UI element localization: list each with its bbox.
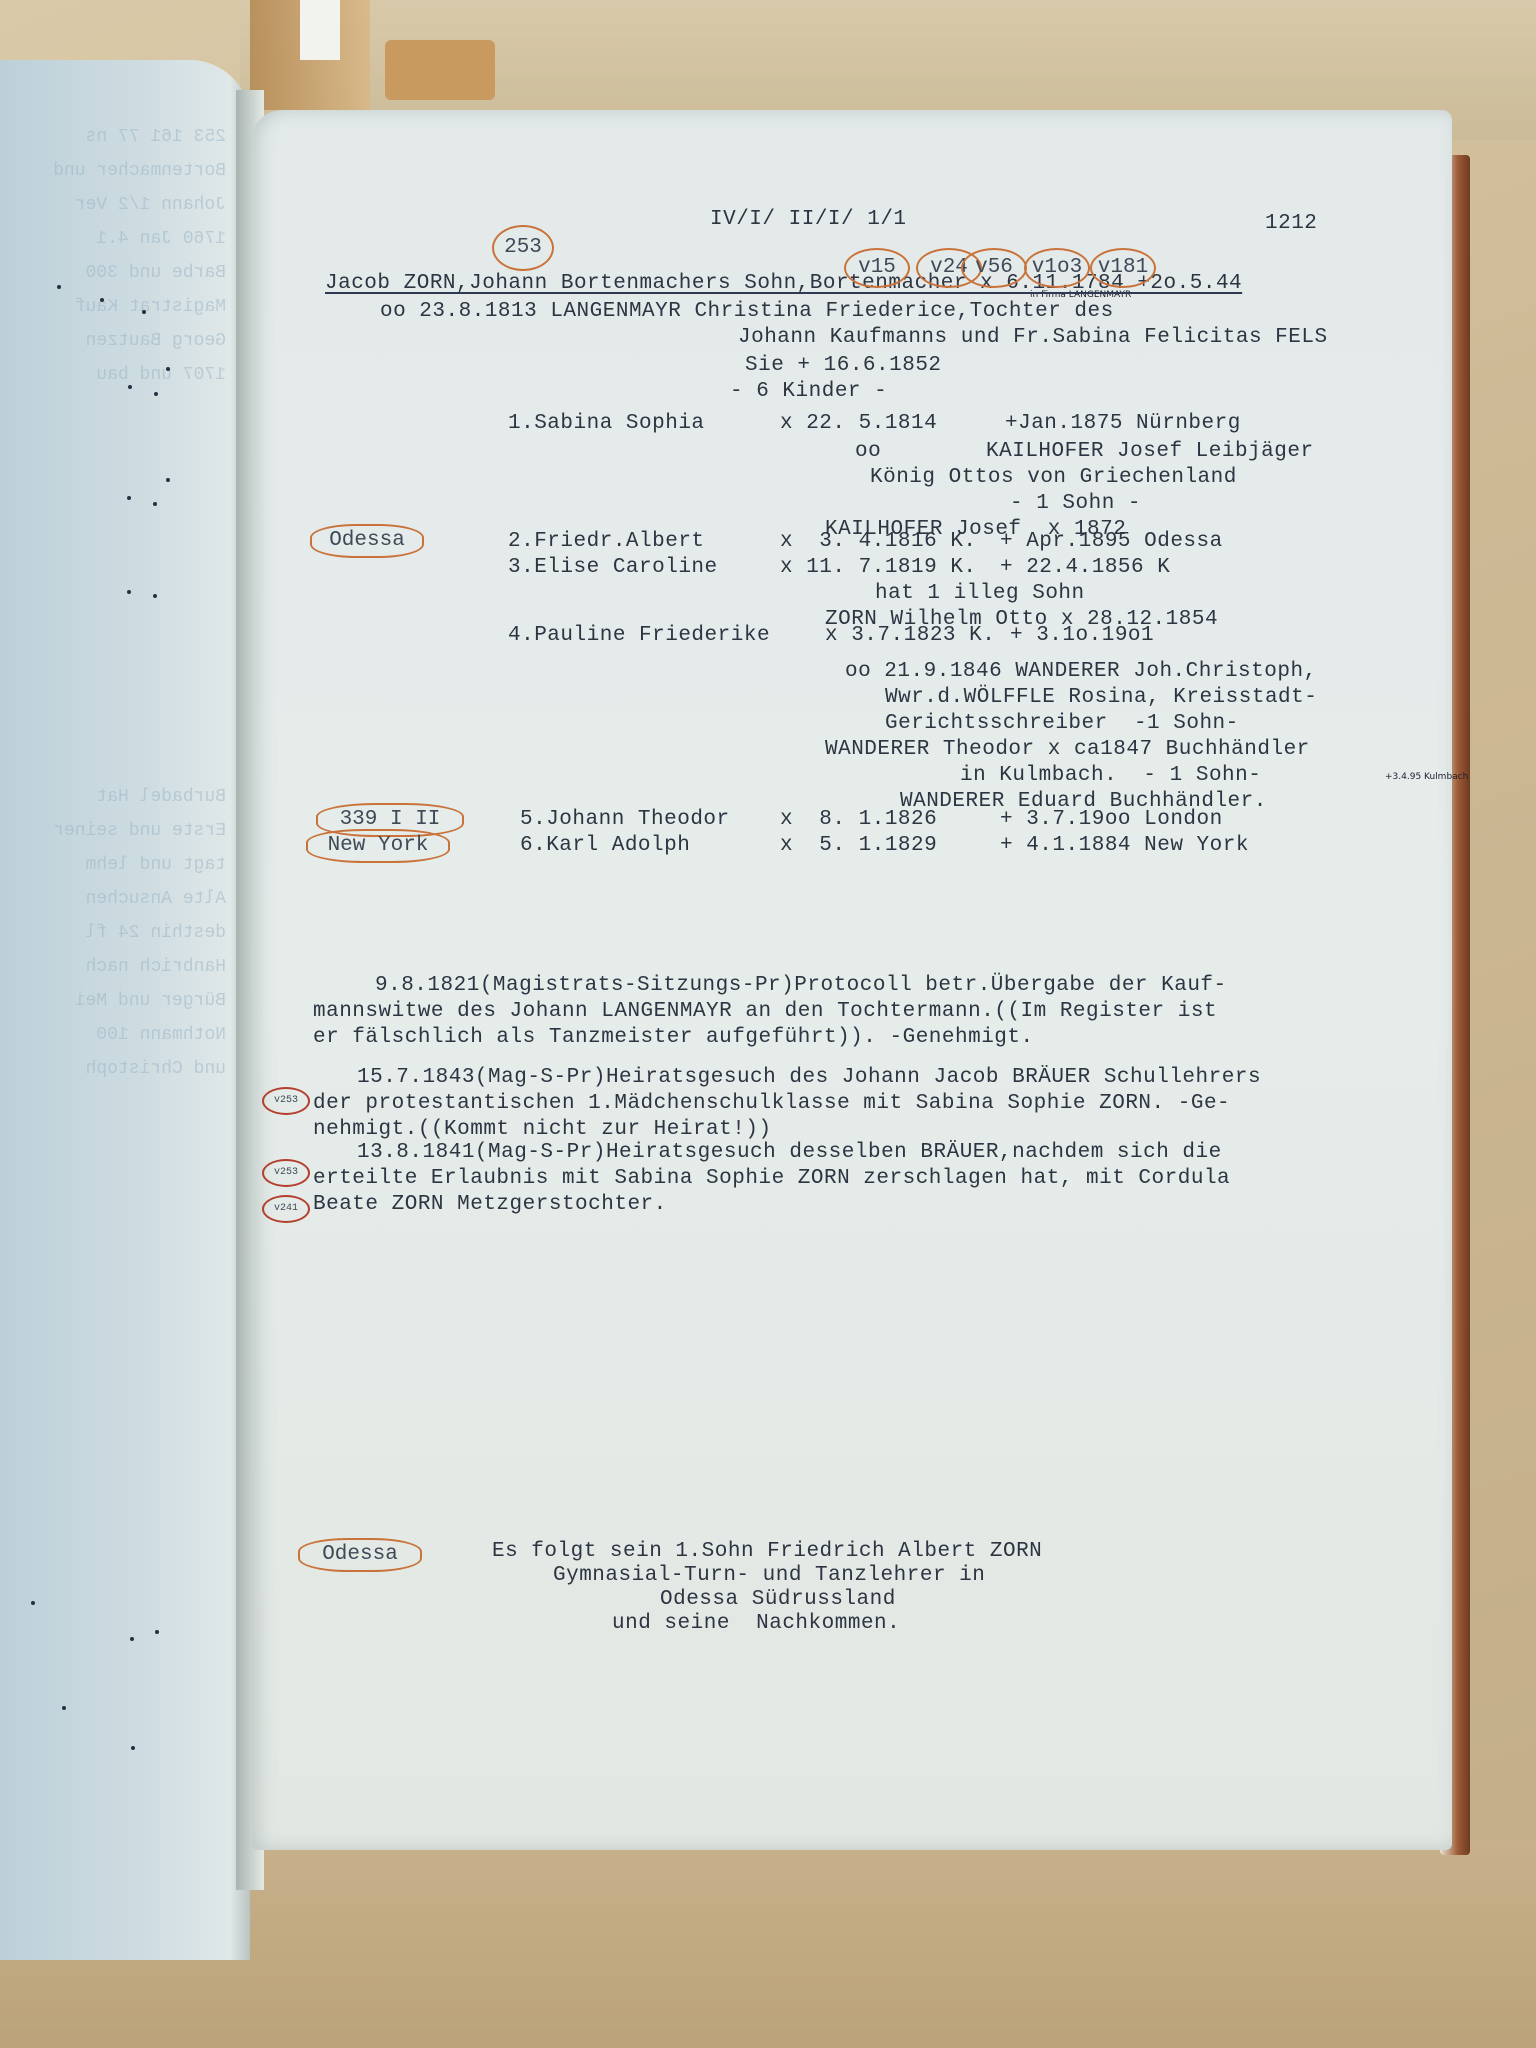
child-name: 3.Elise Caroline (508, 556, 718, 579)
child-death: + 22.4.1856 K (1000, 556, 1170, 579)
show-through-text: 253 161 77 ns Bortenmacher und Johann 1/… (6, 120, 226, 392)
entry-number-circled: 253 (492, 225, 554, 271)
footer-line: Es folgt sein 1.Sohn Friedrich Albert ZO… (492, 1540, 1042, 1563)
child-detail: - 1 Sohn - (1010, 492, 1141, 515)
child-death: + 4.1.1884 New York (1000, 834, 1249, 857)
footer-line: Odessa Südrussland (660, 1588, 896, 1611)
main-entry-line-4: Sie + 16.6.1852 (745, 354, 942, 377)
record-line: er fälschlich als Tanzmeister aufgeführt… (313, 1026, 1034, 1049)
margin-note-v253-b: v253 (262, 1159, 310, 1187)
record-line: 15.7.1843(Mag-S-Pr)Heiratsgesuch des Joh… (357, 1066, 1261, 1089)
main-entry-line-3: Johann Kaufmanns und Fr.Sabina Felicitas… (738, 326, 1328, 349)
child-detail: oo 21.9.1846 WANDERER Joh.Christoph, (845, 660, 1317, 683)
margin-note-v253-a: v253 (262, 1087, 310, 1115)
show-through-text-2: Burbadel Hat Erste und seiner tagt und l… (6, 780, 226, 1086)
child-detail: König Ottos von Griechenland (870, 466, 1237, 489)
record-line: Beate ZORN Metzgerstochter. (313, 1193, 667, 1216)
record-line: mannswitwe des Johann LANGENMAYR an den … (313, 1000, 1217, 1023)
child-detail: oo KAILHOFER Josef Leibjäger (855, 440, 1314, 463)
child-name: 1.Sabina Sophia (508, 412, 705, 435)
record-line: 9.8.1821(Magistrats-Sitzungs-Pr)Protocol… (375, 974, 1227, 997)
record-line: 13.8.1841(Mag-S-Pr)Heiratsgesuch desselb… (357, 1141, 1222, 1164)
child-name: 5.Johann Theodor (520, 808, 730, 831)
child-birth: x 3.7.1823 K. (825, 624, 995, 647)
child-death: + Apr.1895 Odessa (1000, 530, 1223, 553)
child-detail: hat 1 illeg Sohn (875, 582, 1085, 605)
child-name: 4.Pauline Friederike (508, 624, 770, 647)
margin-note-odessa: Odessa (310, 524, 424, 558)
child-birth: x 8. 1.1826 (780, 808, 937, 831)
child-birth: x 22. 5.1814 (780, 412, 937, 435)
footer-line: Gymnasial-Turn- und Tanzlehrer in (553, 1564, 985, 1587)
footer-margin-note-odessa: Odessa (298, 1538, 422, 1572)
record-line: erteilte Erlaubnis mit Sabina Sophie ZOR… (313, 1167, 1230, 1190)
main-entry-line-2: oo 23.8.1813 LANGENMAYR Christina Friede… (380, 300, 1114, 323)
child-detail: Wwr.d.WÖLFFLE Rosina, Kreisstadt- (885, 686, 1317, 709)
margin-note-new-york: New York (306, 829, 450, 863)
child-death: +Jan.1875 Nürnberg (1005, 412, 1241, 435)
circled-reference: v56 (961, 248, 1027, 288)
circled-reference: v1o3 (1024, 248, 1090, 288)
binding-tape-piece (385, 40, 495, 100)
child-detail: Gerichtsschreiber -1 Sohn- (885, 712, 1239, 735)
page-number: 1212 (1265, 212, 1317, 235)
child-birth: x 3. 4.1816 K. (780, 530, 977, 553)
child-birth: x 11. 7.1819 K. (780, 556, 977, 579)
circled-reference: v181 (1090, 248, 1156, 288)
record-line: nehmigt.((Kommt nicht zur Heirat!)) (313, 1118, 772, 1141)
record-line: der protestantischen 1.Mädchenschulklass… (313, 1092, 1230, 1115)
reference-code: IV/I/ II/I/ 1/1 (710, 208, 907, 231)
children-heading: - 6 Kinder - (730, 380, 887, 403)
child-birth: x 5. 1.1829 (780, 834, 937, 857)
handwritten-note-kulmbach: +3.4.95 Kulmbach (1385, 772, 1468, 782)
child-detail: in Kulmbach. - 1 Sohn- (960, 764, 1261, 787)
child-death: + 3.1o.19o1 (1010, 624, 1154, 647)
child-death: + 3.7.19oo London (1000, 808, 1223, 831)
child-detail: WANDERER Theodor x ca1847 Buchhändler (825, 738, 1310, 761)
child-name: 6.Karl Adolph (520, 834, 690, 857)
paper-tab (300, 0, 340, 60)
footer-line: und seine Nachkommen. (612, 1612, 900, 1635)
circled-reference: v15 (844, 248, 910, 288)
child-name: 2.Friedr.Albert (508, 530, 705, 553)
margin-note-v241: v241 (262, 1195, 310, 1223)
left-page: 253 161 77 ns Bortenmacher und Johann 1/… (0, 60, 250, 1960)
